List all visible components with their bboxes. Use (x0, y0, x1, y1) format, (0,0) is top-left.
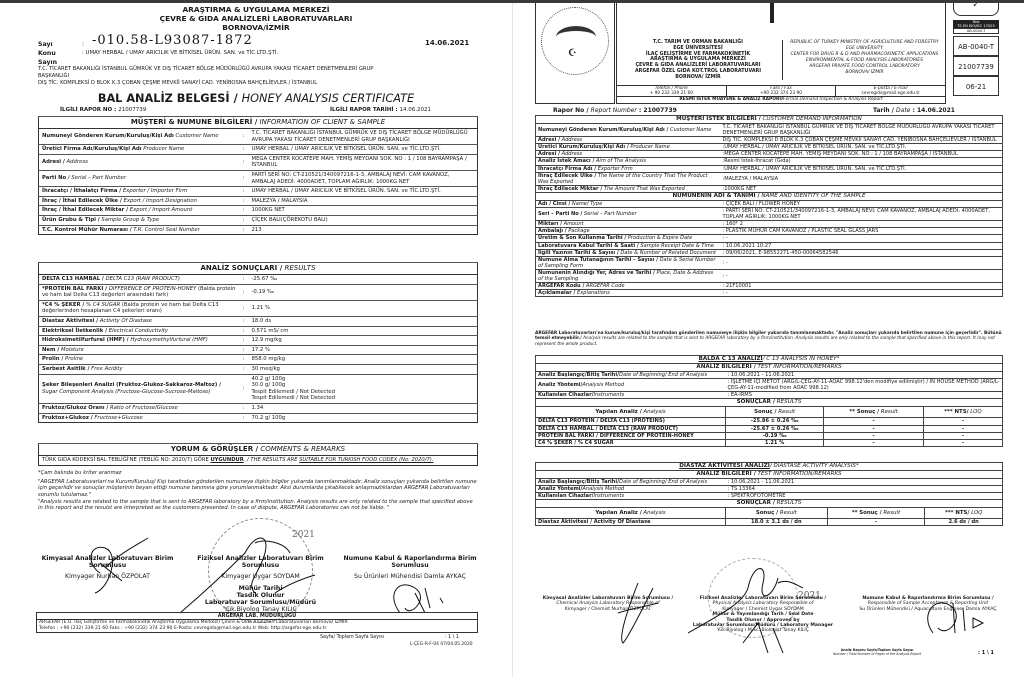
row-value: DIŞ TİC. KOMPLEKSİ D BLOK K.3 ÇOBAN ÇEŞM… (721, 137, 1003, 144)
cell-text: LOQ (971, 510, 982, 516)
cell-text: Sonuç / (756, 510, 778, 516)
row-label: Adresi / Address (536, 137, 721, 144)
cell-text: Date of Beginning/ End of Analysis (619, 479, 707, 485)
date-label-en: Date (896, 107, 910, 114)
cell-text: Producer Name (630, 144, 669, 150)
report-no-value: 21007739 (118, 107, 146, 113)
row-label: Fruktoz+Glukoz / Fructose+Glucose (39, 413, 239, 423)
row-value: : - (721, 235, 1003, 242)
cell-text: Sugar Component Analysis (Fructose-Gluco… (42, 389, 211, 395)
disclaimer-en: "Analysis results are related to the sam… (38, 499, 478, 512)
cell-text: Analysis (643, 510, 665, 516)
info-row: Kullanılan Cihazlar/Instruments: SPEKTRO… (536, 493, 1003, 500)
result-value: - (827, 519, 925, 526)
row-label: Fruktoz/Glukoz Oranı / Ratio of Fructose… (39, 403, 239, 413)
disclaimer-tr: "ARGEFAR Laboratuvarları'na Kurum/Kurulu… (38, 479, 478, 498)
section-title-en: RESULTS (285, 264, 316, 272)
cell-text: 30.0 g/ 100g (252, 382, 475, 389)
row-value: 858.0 mg/kg (249, 355, 478, 365)
row-value: UMAY HERBAL / UMAY ARICILIK VE BİTKİSEL … (249, 145, 478, 155)
info-row: Analiz Yöntemi/Analysis Method: TS 13364 (536, 486, 1003, 493)
cell-text: Analiz Başlangıç/Bitiş Tarihi/ (538, 372, 619, 378)
header-tr-block: T.C. TARIM VE ORMAN BAKANLIĞI EGE ÜNİVER… (617, 40, 779, 81)
table-row: Seri – Parti No / Serial – Part Number: … (536, 208, 1003, 221)
row-label: Seri – Parti No / Serial – Part Number (536, 208, 721, 221)
row-value: 30 meq/kg (249, 364, 478, 374)
cell-text: İhracatçı Firma Adı / (538, 166, 596, 172)
column-header: Sonuç / Result (726, 508, 828, 519)
cell-text: Serial – Part Number (584, 211, 637, 217)
disclaimer-italic: / Analysis results are related to the sa… (535, 336, 995, 346)
crescent-star-icon: ☪ (568, 48, 577, 59)
table-row: İlgili Yazının Tarihi & Sayısı / Date & … (536, 249, 1003, 256)
result-value: - (824, 439, 924, 446)
cell-text: Numuneyi Gönderen Kurum/Kuruluş/Kişi Adı (42, 133, 174, 139)
row-value: : 160* 2 (721, 221, 1003, 228)
section-title-tr: MÜŞTERİ & NUMUNE BİLGİLERİ / (131, 118, 257, 126)
row-value: 1000KG NET (249, 206, 478, 216)
result-row: PROTEİN BAL FARKI / DIFFERENCE OF PROTEI… (536, 432, 1003, 439)
report-number: Rapor No / Report Number : 21007739 (553, 107, 677, 114)
table-row: *C4 % ŞEKER / % C4 SUGAR (Balda protein … (39, 300, 478, 316)
result-row: C4 % ŞEKER / % C4 SUGAR1.21 %-- (536, 439, 1003, 446)
cell-text: Fruktoz+Glukoz / (42, 415, 93, 421)
table-row: Numuneyi Gönderen Kurum/Kuruluş/Kişi Adı… (536, 124, 1003, 137)
row-label: Numuneyi Gönderen Kurum/Kuruluş/Kişi Adı… (536, 124, 721, 137)
analysis-title: DİASTAZ AKTİVİTESİ ANALİZİ/ DIASTASE ACT… (536, 463, 1003, 471)
row-value: MEGA CENTER KOCATEPE MAH. YEMİŞ MEYDANI … (249, 154, 478, 170)
report-header-box: T.C. TARIM VE ORMAN BAKANLIĞI EGE ÜNİVER… (616, 3, 946, 104)
cell-text: / C 13 ANALYSIS IN HONEY* (763, 356, 840, 362)
cell-text: Üretim & Son Kullanma Tarihi / (538, 235, 626, 241)
section-header: MÜŞTERİ & NUMUNE BİLGİLERİ / INFORMATION… (39, 117, 478, 129)
row-label: Serbest Asitlik / Free Acidity (39, 364, 239, 374)
row-label: Ambalajı / Package (536, 228, 721, 235)
colon: : (239, 187, 249, 197)
cell-text: ANALİZ BİLGİLERİ / (696, 364, 755, 370)
cell-text: İhraç / İthal Edilecek Ülke / (42, 198, 122, 204)
header-line: ARAŞTIRMA & UYGULAMA MERKEZİ (0, 5, 512, 14)
cell-text: İhraç Edilecek Miktar / (538, 186, 602, 192)
report-date: İLGİLİ RAPOR TARİHİ : 14.06.2021 (330, 107, 431, 115)
table-row: Numunenin Alındığı Yer, Adres ve Tarihi … (536, 269, 1003, 282)
cell-text: DIFFERENCE OF PROTEIN-HONEY (109, 286, 196, 292)
analysis-table: DİASTAZ AKTİVİTESİ ANALİZİ/ DIASTASE ACT… (535, 462, 1003, 526)
cell-text: İlgili Yazının Tarihi & Sayısı / (538, 250, 619, 256)
table-row: Ürün Grubu & Tipi / Sample Group & Type:… (39, 215, 478, 225)
result-value: - (824, 418, 924, 425)
cell-text: İhraç Edilecek Ülke / (538, 173, 596, 179)
section-title: NUMUNENİN ADI & TANIMI / NAME AND IDENTI… (536, 192, 1003, 200)
konu-label: Konu (38, 50, 56, 58)
row-label: Adresi / Address (39, 154, 239, 170)
certificate-title: BAL ANALİZ BELGESİ / HONEY ANALYSIS CERT… (0, 92, 512, 105)
table-row: Prolin / Proline :858.0 mg/kg (39, 355, 478, 365)
colon: : (239, 355, 249, 365)
cell-text: Date of Beginning/ End of Analysis (619, 372, 707, 378)
check-icon: ✓ (953, 3, 999, 16)
cell-text: Kullanılan Cihazlar/ (538, 392, 593, 398)
row-label: İhraç Edilecek Miktar / The Amount That … (536, 185, 721, 192)
header-line: BORNOVA/İZMİR (0, 23, 512, 32)
table-row: Parti No / Serial – Part Number:PARTİ SE… (39, 170, 478, 186)
cell-text: Açıklamalar / (538, 290, 575, 296)
row-value: -0.19 ‰ (249, 284, 478, 300)
table-row: İhraç / İthal Edilecek Ülke / Export / I… (39, 196, 478, 206)
info-title: ANALİZ BİLGİLERİ / TEST INFORMATION/REMA… (536, 471, 1003, 479)
colon: : (239, 145, 249, 155)
info-row: Analiz Başlangıç/Bitiş Tarihi/Date of Be… (536, 479, 1003, 486)
cell-text: SONUÇLAR / (737, 399, 775, 405)
cell-text: SONUÇLAR / (737, 500, 775, 506)
row-label: Laboratuvara Kabul Tarihi & Saati / Samp… (536, 242, 721, 249)
university-logo-icon (765, 3, 779, 31)
cell-text: Ambalajı / (538, 228, 567, 234)
table-row: Ambalajı / Package: PLASTİK MÜHÜR CAM KA… (536, 228, 1003, 235)
table-row: ARGEFAR Kodu / ARGEFAR Code: 21F10001 (536, 283, 1003, 290)
cell-text: *PROTEİN BAL FARKI / (42, 286, 107, 292)
cell-text: Explanations (577, 290, 610, 296)
header-en-block: REPUBLIC OF TURKEY MINISTRY OF AGRICULTU… (782, 40, 946, 80)
colon: : (239, 413, 249, 423)
analysis-report-page: ☪ T.C. TARIM VE ORMAN BAKANLIĞI EGE ÜNİV… (512, 3, 1024, 677)
analysis-title: BALDA C 13 ANALİZİ/ C 13 ANALYSIS IN HON… (536, 356, 1003, 364)
accreditation-badge: ✓ Test TS EN ISO/IEC 17025 AB-0040-T AB-… (953, 3, 999, 104)
table-row: Adresi / AddressDIŞ TİC. KOMPLEKSİ D BLO… (536, 137, 1003, 144)
cell-text: RESULTS (777, 399, 802, 405)
section-header: YORUM & GÖRÜŞLER / COMMENTS & REMARKS (39, 444, 478, 456)
row-label: Prolin / Proline (39, 355, 239, 365)
report-no-label: İLGİLİ RAPOR NO : (60, 107, 116, 113)
footnote: *Çam balında bu kriter aranmaz (38, 470, 121, 476)
cell-text: TEST INFORMATION/REMARKS (758, 471, 842, 477)
report-type-tr: RESMİ İSTEK MUAYENE & ANALİZ RAPORU (679, 97, 783, 102)
row-value: :UMAY HERBAL / UMAY ARICILIK VE BİTKİSEL… (721, 165, 1003, 172)
cell-text: Instruments (593, 392, 624, 398)
cell-text: / Serial – Part Number (68, 175, 126, 181)
table-row: Analiz İstek Amacı / Aim of The Analysis… (536, 158, 1003, 165)
comment-verdict: UYGUNDUR (210, 457, 243, 463)
cell-text: Activity Of Diastase (100, 318, 152, 324)
table-row: Üretici Kurum/Kuruluş/Kişi Adı / Produce… (536, 144, 1003, 151)
cell-text: Parti No (42, 175, 66, 181)
diastase-analysis-section: DİASTAZ AKTİVİTESİ ANALİZİ/ DIASTASE ACT… (535, 462, 1003, 526)
result-row: DELTA C13 HAMBAL / DELTA C13 (RAW PRODUC… (536, 425, 1003, 432)
result-value: - (923, 418, 1002, 425)
badge-small-code: AB-0040-T (953, 28, 999, 34)
row-label: Numune Alma Tutanağının Tarihi – Sayısı … (536, 256, 721, 269)
cell-text: DELTA C13 (RAW PRODUCT) (106, 276, 180, 282)
cell-text: Yapılan Analiz / (595, 510, 641, 516)
result-value: - (923, 425, 1002, 432)
row-label: İhracatçı / İthalatçı Firma / Exporter /… (39, 187, 239, 197)
column-header: Yapılan Analiz / Analysis (536, 508, 726, 519)
row-label: Parti No / Serial – Part Number (39, 170, 239, 186)
row-label: İhraç / İthal Edilecek Miktar / Export /… (39, 206, 239, 216)
page-label-en: Number / Total Number of Pages of the An… (833, 652, 921, 656)
cell-text: NAME AND IDENTITY OF THE SAMPLE (761, 193, 865, 199)
cell-text: Analiz Yöntemi/ (538, 486, 582, 492)
c13-analysis-section: BALDA C 13 ANALİZİ/ C 13 ANALYSIS IN HON… (535, 355, 1003, 447)
konu-value: : UMAY HERBAL / UMAY ARICILIK VE BİTKİSE… (82, 50, 278, 58)
addressee-line: T.C. TİCARET BAKANLIĞI İSTANBUL GÜMRÜK V… (38, 66, 478, 74)
result-value: - (923, 439, 1002, 446)
cell-text: Numune Alma Tutanağının Tarihi – Sayısı … (538, 257, 658, 263)
lab-header: ARAŞTIRMA & UYGULAMA MERKEZİ ÇEVRE & GID… (0, 5, 512, 32)
colon: : (239, 300, 249, 316)
results-table: ANALİZ SONUÇLARI / RESULTS DELTA C13 HAM… (38, 262, 478, 423)
column-header: ** Sonuç / Result (824, 407, 924, 418)
cell-text: İhracatçı / İthalatçı Firma / (42, 188, 121, 194)
addressee-address: DIŞ TİC. KOMPLEKSİ D BLOK K.3 ÇOBAN ÇEŞM… (38, 80, 317, 88)
table-row: Miktarı / Amount: 160* 2 (536, 221, 1003, 228)
accreditation-code: AB-0040-T (953, 36, 999, 56)
info-title: ANALİZ BİLGİLERİ / TEST INFORMATION/REMA… (536, 364, 1003, 372)
table-row: Serbest Asitlik / Free Acidity :30 meq/k… (39, 364, 478, 374)
header-line: ÇEVRE & GIDA ANALİZLERİ LABORATUVARLARI (0, 14, 512, 23)
cell-text: Adresi / (538, 151, 560, 157)
cell-text: Result (881, 409, 898, 415)
section-header: NUMUNENİN ADI & TANIMI / NAME AND IDENTI… (536, 192, 1003, 200)
comment-en-pre: . / THE RESULTS ARE (244, 457, 298, 463)
row-value: 40.2 g/ 100g30.0 g/ 100gTespit Edilemedi… (249, 374, 478, 403)
client-sample-table: MÜŞTERİ & NUMUNE BİLGİLERİ / INFORMATION… (38, 116, 478, 235)
cell-text: Sample Group & Type (101, 217, 159, 223)
signature-scribble (683, 558, 823, 658)
row-value: : - (721, 256, 1003, 269)
row-value: 1.34 (249, 403, 478, 413)
row-label: İhraç / İthal Edilecek Ülke / Export / I… (39, 196, 239, 206)
row-value: 213 (249, 225, 478, 235)
cell-text: Laboratuvara Kabul Tarihi & Saati / (538, 243, 639, 249)
cell-text: Free Acidity (91, 366, 122, 372)
cell-text: Result (778, 409, 795, 415)
cell-text: T.C. Kontrol Mühür Numarası / (42, 227, 132, 233)
table-row: Hidroksimetilfurfural (HMF) / Hydroxymet… (39, 336, 478, 346)
table-row: Laboratuvara Kabul Tarihi & Saati / Samp… (536, 242, 1003, 249)
row-label: Üretici Kurum/Kuruluş/Kişi Adı / Produce… (536, 144, 721, 151)
cell-text: RESULTS (777, 500, 802, 506)
colon: : (239, 374, 249, 403)
section-title-tr: YORUM & GÖRÜŞLER / (171, 445, 258, 453)
title-en: HONEY ANALYSIS CERTIFICATE (242, 92, 415, 105)
cell-text: Numunenin Alındığı Yer, Adres ve Tarihi … (538, 270, 655, 276)
email-cell: E-posta / E-mailcevregida@mail.ege.edu.t… (836, 86, 945, 96)
emblem-arch (556, 26, 596, 48)
cell-text: Hydroxymethylfurfural (HMF) (130, 337, 208, 343)
cell-text: Analysis Method (582, 486, 624, 492)
cell-text: Üretici Kurum/Kuruluş/Kişi Adı / (538, 144, 629, 150)
row-value: : 09/06/2021, E-98552271-450-00064582546 (721, 249, 1003, 256)
cell-text: ANALİZ BİLGİLERİ / (696, 471, 755, 477)
result-value: 2.6 ds / dn (925, 519, 1003, 526)
row-label: T.C. Kontrol Mühür Numarası / T.R. Contr… (39, 225, 239, 235)
result-value: - (923, 432, 1002, 439)
colon: : (239, 215, 249, 225)
date-value: : 14.06.2021 (912, 107, 954, 114)
result-value: 18.0 ± 3.1 ds / dn (726, 519, 828, 526)
cell-text: Address (562, 137, 583, 143)
table-row: Üretici Firma Adı/Kuruluş/Kişi Adı Produ… (39, 145, 478, 155)
cell-text: Aim of The Analysis (596, 158, 646, 164)
row-value: :MEGA CENTER KOCATEPE MAH. YEMİŞ MEYDANI… (721, 151, 1003, 158)
sayi-label: Sayı (38, 41, 53, 49)
column-header: Sonuç / Result (726, 407, 824, 418)
result-value: -0.19 ‰ (726, 432, 824, 439)
row-label: İhracatçı Firma Adı / Exporter Firm (536, 165, 721, 172)
row-value: : PLASTİK MÜHÜR CAM KAVANOZ / PLASTIC SE… (721, 228, 1003, 235)
cell-text: Fruktoz/Glukoz Oranı / (42, 405, 108, 411)
signature-scribble (60, 533, 180, 603)
cell-text: Customer Name (176, 133, 219, 139)
cell-text: Address (67, 159, 88, 165)
row-label: Şeker Bileşenleri Analizi (Fruktoz-Gluko… (39, 374, 239, 403)
table-row: İhraç / İthal Edilecek Miktar / Export /… (39, 206, 478, 216)
colon: : (239, 345, 249, 355)
table-row: Üretim & Son Kullanma Tarihi / Productio… (536, 235, 1003, 242)
table-row: Adı / Cinsi / Name/ Type: ÇİÇEK BALI / F… (536, 200, 1003, 207)
colon: : (239, 284, 249, 300)
row-label: Analiz İstek Amacı / Aim of The Analysis (536, 158, 721, 165)
section-title-en: COMMENTS & REMARKS (260, 445, 345, 453)
row-value: 17.2 % (249, 345, 478, 355)
page-count-value: : 1 \ 1 (445, 635, 459, 640)
row-label: Üretim & Son Kullanma Tarihi / Productio… (536, 235, 721, 242)
cell-text: Yapılan Analiz / (595, 409, 641, 415)
row-label: Ürün Grubu & Tipi / Sample Group & Type (39, 215, 239, 225)
analysis-name: DELTA C13 HAMBAL / DELTA C13 (RAW PRODUC… (536, 425, 726, 432)
row-label: Hidroksimetilfurfural (HMF) / Hydroxymet… (39, 336, 239, 346)
cell-text: Moisture (61, 347, 84, 353)
row-value: MALEZYA / MALAYSIA (249, 196, 478, 206)
report-date-value: 14.06.2021 (399, 107, 431, 113)
section-header: MÜŞTERİ İSTEK BİLGİLERİ / CUSTOMER DEMAN… (536, 116, 1003, 124)
colon: : (239, 316, 249, 326)
cell-text: Electrical Conductivity (109, 328, 168, 334)
section-header: ANALİZ SONUÇLARI / RESULTS (39, 263, 478, 275)
row-label: Nem / Moisture (39, 345, 239, 355)
row-value: : 10.06.2021 10:27 (721, 242, 1003, 249)
cell-text: The Amount That Was Exported (604, 186, 685, 192)
colon: : (239, 170, 249, 186)
ministry-emblem-icon: ☪ (541, 7, 609, 75)
row-value: T.C. TİCARET BAKANLIĞI İSTANBUL GÜMRÜK V… (249, 129, 478, 145)
section-title-tr: MÜŞTERİ İSTEK BİLGİLERİ / (676, 116, 761, 122)
page-count-label: Sayfa/ Toplam Sayfa Sayısı (320, 635, 384, 640)
section-title-en: CUSTOMER DEMAND INFORMATION (762, 116, 861, 122)
cell-text: BALDA C 13 ANALİZİ (699, 356, 763, 362)
row-value: -25.67 ‰ (249, 275, 478, 285)
footer-box: ARGEFAR LAB. MÜDÜRLÜĞÜ ARGEFAR (E.Ü. İla… (36, 612, 478, 633)
colon: : (239, 154, 249, 170)
footer-contact: Telefon : +90 (232) 339 21 60 Faks : +90… (37, 626, 477, 632)
certificate-page: ARAŞTIRMA & UYGULAMA MERKEZİ ÇEVRE & GID… (0, 3, 512, 677)
signatory-title: Numune Kabul & Raporlandırma Birim Sorum… (340, 555, 480, 569)
cell-text: Producer Name (143, 146, 184, 152)
result-value: - (824, 432, 924, 439)
row-label: *C4 % ŞEKER / % C4 SUGAR (Balda protein … (39, 300, 239, 316)
colon: : (239, 326, 249, 336)
header-line: BORNOVA/ İZMİR (783, 70, 946, 76)
cell-text: Miktarı / (538, 221, 562, 227)
date-label: Tarih / (873, 107, 894, 114)
cell-text: ** Sonuç / (852, 510, 882, 516)
report-no: İLGİLİ RAPOR NO : 21007739 (60, 107, 146, 115)
report-no-label-en: Report Number (591, 107, 637, 114)
row-label: Diastaz Aktivitesi / Activity Of Diastas… (39, 316, 239, 326)
cell-text: Package (568, 228, 589, 234)
table-row: T.C. Kontrol Mühür Numarası / T.R. Contr… (39, 225, 478, 235)
badge-report-number: 21007739 (953, 56, 999, 76)
report-date-label: İLGİLİ RAPOR TARİHİ : (330, 107, 398, 113)
table-row: Numune Alma Tutanağının Tarihi – Sayısı … (536, 256, 1003, 269)
table-row: Fruktoz/Glukoz Oranı / Ratio of Fructose… (39, 403, 478, 413)
comment-tr: TÜRK GIDA KODEKSİ BAL TEBLİĞİ'NE (TEBLİĞ… (42, 457, 209, 463)
row-label: ARGEFAR Kodu / ARGEFAR Code (536, 283, 721, 290)
row-label: İhraç Edilecek Ülke / The Name of the Co… (536, 172, 721, 185)
cell-text: Analiz Yöntemi/ (538, 382, 582, 388)
cell-text: Production & Expire Date (628, 235, 692, 241)
row-value: :1000KG NET (721, 185, 1003, 192)
cell-text: Name/ Type (572, 201, 602, 207)
info-row: Analiz Yöntemi/Analysis Method: İŞLETME … (536, 379, 1003, 392)
table-row: Numuneyi Gönderen Kurum/Kuruluş/Kişi Adı… (39, 129, 478, 145)
cell-text: Amount (564, 221, 584, 227)
result-value: - (824, 425, 924, 432)
cell-text: Nem / (42, 347, 59, 353)
cell-text: *** NTS/ (945, 510, 969, 516)
cell-text: Seri – Parti No / (538, 211, 582, 217)
cell-text: Result (883, 510, 900, 516)
row-label: Numunenin Alındığı Yer, Adres ve Tarihi … (536, 269, 721, 282)
fax-cell: Faks / Fax+90 232 374 23 90 (727, 86, 837, 96)
table-row: Açıklamalar / Explanations: - (536, 290, 1003, 297)
report-date: Tarih / Date : 14.06.2021 (873, 107, 955, 114)
header-line: ARGEFAR ÖZEL GIDA KOT.TROL LABORATUVARI (617, 69, 779, 75)
colon: : (239, 364, 249, 374)
customer-demand-table: MÜŞTERİ İSTEK BİLGİLERİ / CUSTOMER DEMAN… (535, 115, 1003, 297)
row-value: PARTİ SERİ NO: CT-210521/340097216-1-3, … (249, 170, 478, 186)
row-label: Adı / Cinsi / Name/ Type (536, 200, 721, 207)
cell-text: Address (562, 151, 583, 157)
row-value: : - (721, 290, 1003, 297)
result-value: -25.67 ± 0.26 ‰ (726, 425, 824, 432)
colon: : (239, 129, 249, 145)
colon: : (82, 41, 84, 49)
cell-text: % C4 SUGAR (86, 302, 120, 308)
row-value: :MALEZYA / MALAYSIA (721, 172, 1003, 185)
row-value: : ÇİÇEK BALI / FLOWER HONEY (721, 200, 1003, 207)
cell-text: Üretici Firma Adı/Kuruluş/Kişi Adı (42, 146, 142, 152)
cell-text: Ratio of Fructose/Glucose (110, 405, 178, 411)
signature-scribble (598, 578, 668, 648)
colon: : (239, 196, 249, 206)
row-value: :Resmi İstek-İhracat (Gıda) (721, 158, 1003, 165)
cell-text: Export / Import Designation (124, 198, 197, 204)
cell-text: Adresi / (42, 159, 65, 165)
cell-text: / DIASTASE ACTIVITY ANALYSIS* (770, 463, 859, 469)
colon: : (239, 206, 249, 216)
cell-text: NUMUNENİN ADI & TANIMI / (672, 193, 759, 199)
info-row: Kullanılan Cihazlar/Instruments: EA-IRMS (536, 392, 1003, 399)
row-value: : PARTİ SERİ NO: CT-210521/340097216-1-3… (721, 208, 1003, 221)
colon: : (239, 225, 249, 235)
cell-text: Prolin / (42, 356, 63, 362)
table-row: Adresi / Address:MEGA CENTER KOCATEPE MA… (39, 154, 478, 170)
sample-disclaimer: ARGEFAR Laboratuvarları'na kurum/kuruluş… (535, 331, 1003, 347)
cell-text: ARGEFAR Code (586, 283, 625, 289)
row-label: Adresi / Address (536, 151, 721, 158)
